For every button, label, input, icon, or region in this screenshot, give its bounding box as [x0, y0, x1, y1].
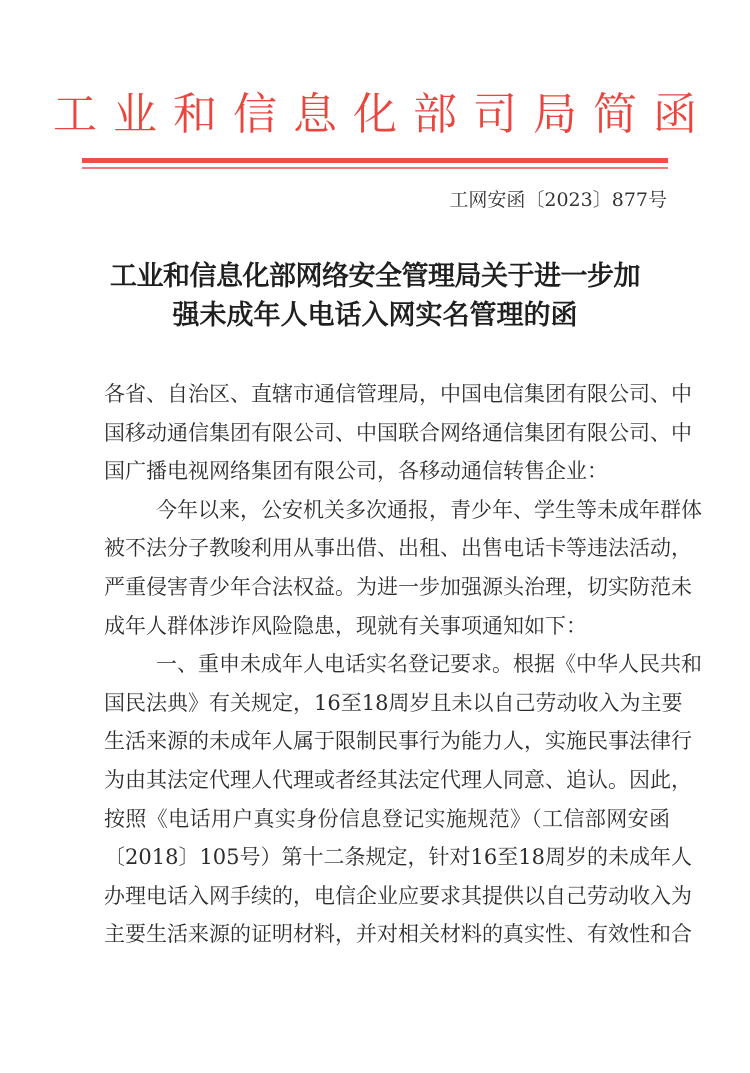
document-number: 工网安函〔2023〕877号 — [449, 188, 667, 212]
paragraph-line: 国民法典》有关规定，16至18周岁且未以自己劳动收入为主要 — [104, 684, 670, 723]
paragraph-line: 今年以来，公安机关多次通报，青少年、学生等未成年群体 — [104, 491, 670, 530]
addressee-line: 各省、自治区、直辖市通信管理局，中国电信集团有限公司、中 — [104, 375, 670, 414]
paragraph-line: 〔2018〕105号）第十二条规定，针对16至18周岁的未成年人 — [104, 838, 670, 877]
paragraph-line: 成年人群体涉诈风险隐患，现就有关事项通知如下： — [104, 607, 670, 646]
paragraph-line: 一、重申未成年人电话实名登记要求。根据《中华人民共和 — [104, 645, 670, 684]
document-title-line-1: 工业和信息化部网络安全管理局关于进一步加 — [0, 257, 750, 296]
masthead-rule-thick — [82, 158, 668, 163]
paragraph-line: 按照《电话用户真实身份信息登记实施规范》（工信部网安函 — [104, 800, 670, 839]
paragraph-line: 严重侵害青少年合法权益。为进一步加强源头治理，切实防范未 — [104, 568, 670, 607]
document-title-line-2: 强未成年人电话入网实名管理的函 — [0, 296, 750, 335]
paragraph-line: 为由其法定代理人代理或者经其法定代理人同意、追认。因此， — [104, 761, 670, 800]
masthead-rule-thin — [82, 167, 668, 169]
document-title: 工业和信息化部网络安全管理局关于进一步加 强未成年人电话入网实名管理的函 — [0, 257, 750, 335]
document-body: 各省、自治区、直辖市通信管理局，中国电信集团有限公司、中 国移动通信集团有限公司… — [104, 375, 670, 954]
addressee-line: 国移动通信集团有限公司、中国联合网络通信集团有限公司、中 — [104, 414, 670, 453]
paragraph-line: 办理电话入网手续的，电信企业应要求其提供以自己劳动收入为 — [104, 877, 670, 916]
paragraph-line: 生活来源的未成年人属于限制民事行为能力人，实施民事法律行 — [104, 722, 670, 761]
addressee-line: 国广播电视网络集团有限公司，各移动通信转售企业： — [104, 452, 670, 491]
paragraph-line: 被不法分子教唆利用从事出借、出租、出售电话卡等违法活动， — [104, 529, 670, 568]
masthead-title: 工业和信息化部司局简函 — [0, 88, 750, 142]
paragraph-line: 主要生活来源的证明材料，并对相关材料的真实性、有效性和合 — [104, 915, 670, 954]
